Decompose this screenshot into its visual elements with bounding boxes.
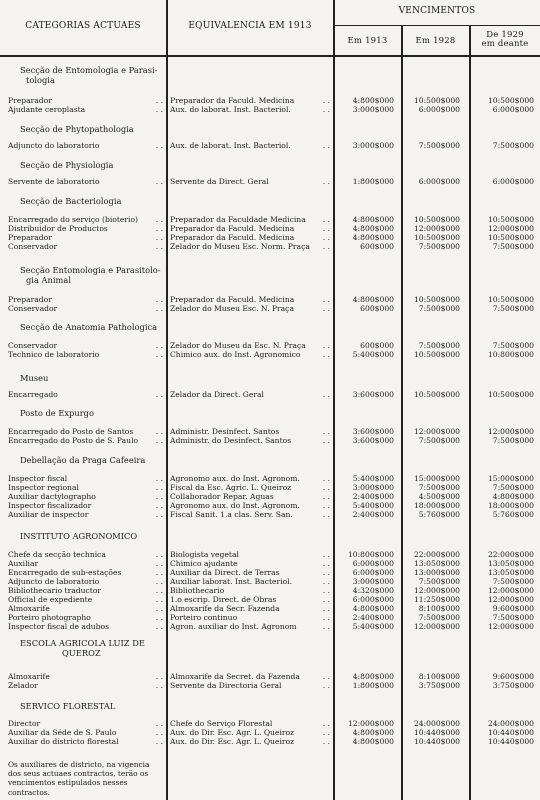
vencimento-1929-cell-text: 12:000$000 [488, 586, 534, 595]
leader-dots: . . [156, 141, 163, 151]
header-equivalencia: EQUIVALENCIA EM 1913 [167, 21, 333, 31]
vencimento-1913-cell-text: 12:000$000 [348, 719, 394, 728]
equivalencia-cell-text: Preparador da Faculd. Medicina [170, 233, 294, 242]
leader-dots: . . [323, 510, 330, 520]
header-de-1929: De 1929 em deante [470, 31, 540, 49]
equivalencia-cell-text: Aux. de laborat. Inst. Bacteriol. [170, 141, 291, 150]
categoria-cell-text: Adjuncto do laboratorio [8, 141, 99, 150]
table-row: Ajudante ceroplasta. .Aux. do laborat. I… [0, 105, 540, 115]
table-row: Encarregado. .Zelador da Direct. Geral. … [0, 390, 540, 400]
leader-dots: . . [323, 681, 330, 691]
section-heading: Secção de Physiologia [20, 160, 164, 170]
vencimento-1913-cell-text: 5:400$000 [353, 622, 394, 631]
leader-dots: . . [323, 350, 330, 360]
categoria-cell-text: Encarregado de sub-estações [8, 568, 121, 577]
equivalencia-cell-text: Almoxarife da Secr. Fazenda [170, 604, 280, 613]
vencimento-1928-cell-text: 10:500$000 [414, 215, 460, 224]
equivalencia-cell: Servente da Direct. Geral. . [170, 177, 330, 187]
leader-dots: . . [156, 510, 163, 520]
vencimento-1913-cell-text: 6:000$000 [353, 595, 394, 604]
vencimento-1913-cell-text: 3:000$000 [353, 105, 394, 114]
equivalencia-cell-text: Fiscal da Esc. Agric. L. Queiroz [170, 483, 291, 492]
vencimento-1913-cell-text: 3:000$000 [353, 483, 394, 492]
vencimento-1913-cell-text: 2:400$000 [353, 510, 394, 519]
section-heading: ESCOLA AGRICOLA LUIZ DEQUEROZ [20, 638, 164, 658]
vencimento-1928-cell: 6:000$000 [404, 105, 460, 115]
vencimento-1913-cell-text: 600$000 [360, 242, 394, 251]
equivalencia-cell: Aux. do laborat. Inst. Bacteriol.. . [170, 105, 330, 115]
section-heading-line: gia Animal [20, 275, 164, 285]
equivalencia-cell-text: Almoxarife da Secret. da Fazenda [170, 672, 300, 681]
leader-dots: . . [156, 304, 163, 314]
section-heading-line: Secção de Bacteriologia [20, 196, 164, 206]
vencimento-1929-cell: 6:000$000 [472, 177, 534, 187]
vencimento-1928-cell: 3:750$000 [404, 681, 460, 691]
categoria-cell: Conservador. . [8, 242, 163, 252]
categoria-cell-text: Director [8, 719, 40, 728]
vencimento-1928-cell-text: 10:500$000 [414, 390, 460, 399]
equivalencia-cell-text: Collaborador Repar. Aguas [170, 492, 274, 501]
table-row: Servente de laboratorio. .Servente da Di… [0, 177, 540, 187]
vencimento-1929-cell: 3:750$000 [472, 681, 534, 691]
table-row: Inspector fiscal de adubos. .Agron. auxi… [0, 622, 540, 632]
section-heading: INSTITUTO AGRONOMICO [20, 531, 164, 541]
vencimento-1929-cell-text: 7:500$000 [493, 613, 534, 622]
vencimento-1929-cell-text: 10:440$000 [488, 737, 534, 746]
vencimento-1928-cell: 5:760$000 [404, 510, 460, 520]
section-heading-line: Secção de Phytopathologia [20, 124, 164, 134]
equivalencia-cell: Servente da Directoria Geral. . [170, 681, 330, 691]
vencimento-1929-cell-text: 7:500$000 [493, 577, 534, 586]
vencimento-1928-cell: 7:500$000 [404, 304, 460, 314]
equivalencia-cell-text: Porteiro continuo [170, 613, 237, 622]
categoria-cell: Conservador. . [8, 304, 163, 314]
vencimento-1913-cell: 5:400$000 [336, 350, 394, 360]
vencimento-1928-cell-text: 13:000$000 [414, 568, 460, 577]
equivalencia-cell: Zelador da Direct. Geral. . [170, 390, 330, 400]
vencimento-1913-cell-text: 3:600$000 [353, 427, 394, 436]
vencimento-1928-cell-text: 7:500$000 [419, 577, 460, 586]
equivalencia-cell-text: Preparador da Faculd. Medicina [170, 295, 294, 304]
vencimento-1928-cell-text: 7:500$000 [419, 613, 460, 622]
vencimento-1928-cell: 10:440$000 [404, 737, 460, 747]
vencimento-1913-cell-text: 3:000$000 [353, 577, 394, 586]
vencimento-1913-cell-text: 3:000$000 [353, 141, 394, 150]
vencimento-1928-cell-text: 24:000$000 [414, 719, 460, 728]
categoria-cell-text: Almoxarife [8, 604, 50, 613]
categoria-cell-text: Ajudante ceroplasta [8, 105, 85, 114]
vencimento-1913-cell: 5:400$000 [336, 622, 394, 632]
vencimento-1913-cell-text: 4:800$000 [353, 672, 394, 681]
section-heading: Secção de Entomologia e Parasi-tologia [20, 65, 164, 85]
vencimento-1913-cell-text: 3:600$000 [353, 436, 394, 445]
header-categorias: CATEGORIAS ACTUAES [0, 21, 166, 31]
vencimento-1929-cell-text: 5:760$000 [493, 510, 534, 519]
vencimento-1928-cell: 12:000$000 [404, 622, 460, 632]
vencimento-1913-cell-text: 4:800$000 [353, 233, 394, 242]
vencimento-1929-cell-text: 12:000$000 [488, 595, 534, 604]
categoria-cell: Ajudante ceroplasta. . [8, 105, 163, 115]
leader-dots: . . [323, 105, 330, 115]
vencimento-1913-cell-text: 4:800$000 [353, 96, 394, 105]
header-de-1929-line2: em deante [470, 40, 540, 49]
vencimento-1929-cell-text: 10:500$000 [488, 390, 534, 399]
categoria-cell: Technico de laboratorio. . [8, 350, 163, 360]
leader-dots: . . [156, 390, 163, 400]
categoria-cell-text: Encarregado do Posto de Santos [8, 427, 133, 436]
categoria-cell-text: Encarregado do serviço (bioterio) [8, 215, 138, 224]
leader-dots: . . [323, 141, 330, 151]
equivalencia-cell-text: Zelador do Museu Esc. N. Praça [170, 304, 294, 313]
categoria-cell-text: Technico de laboratorio [8, 350, 99, 359]
section-heading: Debellação da Praga Cafeeira [20, 455, 164, 465]
vencimento-1929-cell-text: 10:440$000 [488, 728, 534, 737]
vencimento-1929-cell: 12:000$000 [472, 622, 534, 632]
vencimento-1929-cell: 7:500$000 [472, 436, 534, 446]
categoria-cell-text: Inspector fiscal de adubos [8, 622, 109, 631]
equivalencia-cell: Agron. auxiliar do Inst. Agronom. . [170, 622, 330, 632]
section-heading-line: Debellação da Praga Cafeeira [20, 455, 164, 465]
vencimento-1929-cell: 10:800$000 [472, 350, 534, 360]
vencimento-1913-cell-text: 1:800$000 [353, 681, 394, 690]
vencimento-1929-cell: 7:500$000 [472, 242, 534, 252]
leader-dots: . . [323, 304, 330, 314]
leader-dots: . . [323, 390, 330, 400]
vencimento-1929-cell-text: 7:500$000 [493, 242, 534, 251]
table-row: Encarregado do Posto de S. Paulo. .Admin… [0, 436, 540, 446]
categoria-cell-text: Inspector fiscal [8, 474, 67, 483]
vencimento-1913-cell: 4:800$000 [336, 737, 394, 747]
equivalencia-cell-text: Aux. do Dir. Esc. Agr. L. Queiroz [170, 728, 294, 737]
table-row: Conservador. .Zelador do Museu Esc. Norm… [0, 242, 540, 252]
vencimento-1929-cell-text: 22:000$000 [488, 550, 534, 559]
equivalencia-cell-text: Agronomo aux. do Inst. Agronom. [170, 474, 300, 483]
categoria-cell-text: Zelador [8, 681, 38, 690]
vencimento-1928-cell-text: 3:750$000 [419, 681, 460, 690]
vencimento-1929-cell: 10:500$000 [472, 390, 534, 400]
vencimento-1913-cell: 3:600$000 [336, 390, 394, 400]
table-row: Technico de laboratorio. .Chimico aux. d… [0, 350, 540, 360]
equivalencia-cell: Zelador do Museu Esc. Norm. Praça. . [170, 242, 330, 252]
vencimento-1913-cell: 3:600$000 [336, 436, 394, 446]
vencimento-1913-cell-text: 4:800$000 [353, 737, 394, 746]
section-heading-line: tologia [20, 75, 164, 85]
equivalencia-cell-text: Preparador da Faculdade Medicina [170, 215, 306, 224]
leader-dots: . . [156, 177, 163, 187]
vencimento-1929-cell: 10:440$000 [472, 737, 534, 747]
vencimento-1928-cell-text: 22:000$000 [414, 550, 460, 559]
vencimento-1913-cell-text: 10:800$000 [348, 550, 394, 559]
section-heading: Museu [20, 373, 164, 383]
vencimento-1929-cell-text: 7:500$000 [493, 141, 534, 150]
leader-dots: . . [156, 436, 163, 446]
vencimento-1928-cell-text: 7:500$000 [419, 436, 460, 445]
section-heading-line: ESCOLA AGRICOLA LUIZ DE [20, 638, 164, 648]
vencimento-1913-cell: 3:000$000 [336, 105, 394, 115]
leader-dots: . . [156, 737, 163, 747]
categoria-cell-text: Chefe da secção technica [8, 550, 106, 559]
vencimento-1913-cell-text: 1:800$000 [353, 177, 394, 186]
categoria-cell-text: Distribuidor de Productos [8, 224, 108, 233]
equivalencia-cell-text: Chimico ajudante [170, 559, 238, 568]
vencimento-1929-cell: 6:000$000 [472, 105, 534, 115]
categoria-cell-text: Porteiro photographo [8, 613, 91, 622]
vencimento-1913-cell-text: 2:400$000 [353, 492, 394, 501]
vencimento-1929-cell-text: 15:000$000 [488, 474, 534, 483]
equivalencia-cell: Zelador do Museu Esc. N. Praça. . [170, 304, 330, 314]
categoria-cell-text: Servente de laboratorio [8, 177, 100, 186]
section-heading: Secção de Phytopathologia [20, 124, 164, 134]
categoria-cell-text: Almoxarife [8, 672, 50, 681]
categoria-cell-text: Encarregado [8, 390, 58, 399]
vencimento-1929-cell-text: 12:000$000 [488, 622, 534, 631]
leader-dots: . . [156, 350, 163, 360]
vencimento-1928-cell-text: 18:000$000 [414, 501, 460, 510]
vencimento-1928-cell: 7:500$000 [404, 436, 460, 446]
vencimento-1929-cell-text: 24:000$000 [488, 719, 534, 728]
vencimento-1913-cell: 1:800$000 [336, 177, 394, 187]
vencimento-1928-cell: 7:500$000 [404, 242, 460, 252]
vencimento-1928-cell: 10:500$000 [404, 350, 460, 360]
vencimento-1929-cell-text: 9:600$000 [493, 672, 534, 681]
vencimento-1928-cell-text: 7:500$000 [419, 341, 460, 350]
vencimento-1928-cell-text: 6:000$000 [419, 177, 460, 186]
vencimento-1928-cell-text: 7:500$000 [419, 304, 460, 313]
equivalencia-cell-text: Agron. auxiliar do Inst. Agronom [170, 622, 297, 631]
section-heading-line: Secção de Physiologia [20, 160, 164, 170]
equivalencia-cell: Aux. do Dir. Esc. Agr. L. Queiroz. . [170, 737, 330, 747]
vencimento-1929-cell-text: 10:800$000 [488, 350, 534, 359]
categoria-cell: Servente de laboratorio. . [8, 177, 163, 187]
section-heading-line: Secção de Entomologia e Parasi- [20, 65, 164, 75]
section-heading: Secção de Anatomia Pathologica [20, 322, 164, 332]
categoria-cell-text: Official de expediente [8, 595, 92, 604]
leader-dots: . . [156, 622, 163, 632]
equivalencia-cell-text: Zelador do Museu da Esc. N. Praça [170, 341, 306, 350]
vencimento-1928-cell-text: 8:100$000 [419, 604, 460, 613]
vencimento-1913-cell: 600$000 [336, 304, 394, 314]
equivalencia-cell-text: Agronomo aux. do Inst. Agronom. [170, 501, 300, 510]
categoria-cell: Encarregado do Posto de S. Paulo. . [8, 436, 163, 446]
categoria-cell-text: Conservador [8, 341, 57, 350]
vencimento-1913-cell-text: 600$000 [360, 304, 394, 313]
section-heading-line: Museu [20, 373, 164, 383]
vencimento-1928-cell-text: 10:500$000 [414, 233, 460, 242]
vencimento-1928-cell-text: 12:000$000 [414, 224, 460, 233]
vencimento-1929-cell-text: 10:500$000 [488, 215, 534, 224]
vencimento-1913-cell: 3:000$000 [336, 141, 394, 151]
leader-dots: . . [323, 242, 330, 252]
categoria-cell-text: Encarregado do Posto de S. Paulo [8, 436, 138, 445]
categoria-cell-text: Conservador [8, 242, 57, 251]
header-bottom-rule [0, 55, 540, 57]
vencimento-1913-cell: 1:800$000 [336, 681, 394, 691]
vencimento-1929-cell-text: 7:500$000 [493, 341, 534, 350]
equivalencia-cell-text: Zelador da Direct. Geral [170, 390, 264, 399]
vencimento-1913-cell-text: 4:800$000 [353, 728, 394, 737]
equivalencia-cell: Chimico aux. do Inst. Agronomico. . [170, 350, 330, 360]
vencimento-1928-cell: 10:500$000 [404, 390, 460, 400]
categoria-cell-text: Auxiliar da Séde de S. Paulo [8, 728, 117, 737]
equivalencia-cell: Fiscal Sanit. 1.a clas. Serv. San.. . [170, 510, 330, 520]
categoria-cell: Auxiliar de inspector. . [8, 510, 163, 520]
vencimento-1913-cell-text: 4:800$000 [353, 604, 394, 613]
section-heading: SERVICO FLORESTAL [20, 701, 164, 711]
vencimento-1913-cell: 2:400$000 [336, 510, 394, 520]
vencimento-1913-cell-text: 5:400$000 [353, 350, 394, 359]
vencimento-1929-cell-text: 10:500$000 [488, 96, 534, 105]
categoria-cell-text: Auxiliar de inspector [8, 510, 88, 519]
section-heading-line: Secção de Anatomia Pathologica [20, 322, 164, 332]
vencimento-1929-cell-text: 13:050$000 [488, 559, 534, 568]
vencimento-1929-cell: 5:760$000 [472, 510, 534, 520]
vencimento-1928-cell-text: 7:500$000 [419, 141, 460, 150]
equivalencia-cell-text: Fiscal Sanit. 1.a clas. Serv. San. [170, 510, 293, 519]
equivalencia-cell-text: Administr. Desinfect. Santos [170, 427, 279, 436]
table-row: Auxiliar do districto florestal. .Aux. d… [0, 737, 540, 747]
leader-dots: . . [323, 177, 330, 187]
categoria-cell-text: Preparador [8, 233, 52, 242]
equivalencia-cell-text: Administr. do Desinfect. Santos [170, 436, 291, 445]
table-row: Auxiliar de inspector. .Fiscal Sanit. 1.… [0, 510, 540, 520]
vencimento-1928-cell-text: 11:250$000 [414, 595, 460, 604]
vencimento-1929-cell-text: 4:800$000 [493, 492, 534, 501]
vencimento-1928-cell-text: 8:100$000 [419, 672, 460, 681]
leader-dots: . . [156, 242, 163, 252]
equivalencia-cell-text: Biologista vegetal [170, 550, 239, 559]
section-heading-line: Secção Entomologia e Parasitolo- [20, 265, 164, 275]
section-heading-line: SERVICO FLORESTAL [20, 701, 164, 711]
vencimento-1928-cell-text: 10:440$000 [414, 728, 460, 737]
equivalencia-cell-text: Aux. do laborat. Inst. Bacteriol. [170, 105, 291, 114]
equivalencia-cell-text: Servente da Directoria Geral [170, 681, 281, 690]
vencimento-1913-cell-text: 4:800$000 [353, 295, 394, 304]
equivalencia-cell-text: Aux. do Dir. Esc. Agr. L. Queiroz [170, 737, 294, 746]
equivalencia-cell-text: Chefe do Serviço Florestal [170, 719, 272, 728]
vencimento-1929-cell-text: 12:000$000 [488, 427, 534, 436]
vencimento-1929-cell: 7:500$000 [472, 141, 534, 151]
table-row: Adjuncto do laboratorio. .Aux. de labora… [0, 141, 540, 151]
vencimento-1928-cell-text: 7:500$000 [419, 483, 460, 492]
vencimento-1928-cell-text: 10:440$000 [414, 737, 460, 746]
categoria-cell-text: Preparador [8, 96, 52, 105]
categoria-cell-text: Inspector regional [8, 483, 79, 492]
header-vencimentos: VENCIMENTOS [334, 6, 540, 16]
header-subrule [334, 25, 540, 26]
categoria-cell: Zelador. . [8, 681, 163, 691]
section-heading-line: INSTITUTO AGRONOMICO [20, 531, 164, 541]
table-row: Conservador. .Zelador do Museu Esc. N. P… [0, 304, 540, 314]
equivalencia-cell: Aux. de laborat. Inst. Bacteriol.. . [170, 141, 330, 151]
table-row: Zelador. .Servente da Directoria Geral. … [0, 681, 540, 691]
section-heading-line: QUEROZ [20, 648, 164, 658]
equivalencia-cell-text: Auxiliar laborat. Inst. Bacteriol. [170, 577, 292, 586]
section-heading: Posto de Expurgo [20, 408, 164, 418]
vencimento-1928-cell-text: 10:500$000 [414, 295, 460, 304]
vencimento-1929-cell-text: 13:050$000 [488, 568, 534, 577]
vencimento-1928-cell-text: 15:000$000 [414, 474, 460, 483]
vencimento-1929-cell-text: 7:500$000 [493, 483, 534, 492]
categoria-cell: Auxiliar do districto florestal. . [8, 737, 163, 747]
categoria-cell-text: Inspector fiscalizador [8, 501, 91, 510]
equivalencia-cell-text: Bibliothecario [170, 586, 224, 595]
vencimento-1929-cell-text: 12:000$000 [488, 224, 534, 233]
vencimento-1913-cell-text: 4:800$000 [353, 224, 394, 233]
vencimento-1928-cell-text: 12:000$000 [414, 622, 460, 631]
leader-dots: . . [323, 622, 330, 632]
vencimento-1928-cell-text: 12:000$000 [414, 586, 460, 595]
vencimento-1913-cell: 600$000 [336, 242, 394, 252]
categoria-cell: Inspector fiscal de adubos. . [8, 622, 163, 632]
equivalencia-cell-text: Zelador do Museu Esc. Norm. Praça [170, 242, 310, 251]
vencimento-1929-cell-text: 7:500$000 [493, 436, 534, 445]
vencimento-1928-cell-text: 10:500$000 [414, 350, 460, 359]
vencimento-1929-cell-text: 6:000$000 [493, 105, 534, 114]
vencimento-1913-cell-text: 4:800$000 [353, 215, 394, 224]
header-em-1928: Em 1928 [402, 37, 469, 46]
categoria-cell-text: Bibliothecario traductor [8, 586, 101, 595]
vencimento-1913-cell-text: 4:320$000 [353, 586, 394, 595]
categoria-cell-text: Auxiliar dactylographo [8, 492, 96, 501]
vencimento-1913-cell-text: 600$000 [360, 341, 394, 350]
vencimento-1928-cell: 7:500$000 [404, 141, 460, 151]
vencimento-1928-cell-text: 10:500$000 [414, 96, 460, 105]
equivalencia-cell: Administr. do Desinfect. Santos. . [170, 436, 330, 446]
vencimento-1928-cell-text: 6:000$000 [419, 105, 460, 114]
vencimento-1929-cell-text: 10:500$000 [488, 233, 534, 242]
vencimento-1913-cell-text: 2:400$000 [353, 613, 394, 622]
vencimento-1929-cell-text: 18:000$000 [488, 501, 534, 510]
vencimento-1928-cell: 6:000$000 [404, 177, 460, 187]
vencimento-1913-cell-text: 3:600$000 [353, 390, 394, 399]
vencimento-1928-cell-text: 12:000$000 [414, 427, 460, 436]
categoria-cell: Encarregado. . [8, 390, 163, 400]
equivalencia-cell-text: Auxiliar da Direct. de Terras [170, 568, 280, 577]
equivalencia-cell-text: Preparador da Faculd. Medicina [170, 96, 294, 105]
leader-dots: . . [156, 681, 163, 691]
vencimento-1928-cell-text: 13:050$000 [414, 559, 460, 568]
categoria-cell-text: Preparador [8, 295, 52, 304]
vencimento-1913-cell-text: 5:400$000 [353, 501, 394, 510]
vencimento-1929-cell-text: 9:600$000 [493, 604, 534, 613]
vencimento-1929-cell-text: 10:500$000 [488, 295, 534, 304]
categoria-cell-text: Adjuncto de laboratorio [8, 577, 99, 586]
equivalencia-cell-text: Servente da Direct. Geral [170, 177, 269, 186]
categoria-cell-text: Auxiliar [8, 559, 38, 568]
vencimento-1913-cell-text: 6:000$000 [353, 559, 394, 568]
vencimento-1929-cell-text: 6:000$000 [493, 177, 534, 186]
leader-dots: . . [323, 737, 330, 747]
equivalencia-cell-text: Chimico aux. do Inst. Agronomico [170, 350, 301, 359]
header-em-1913: Em 1913 [334, 37, 401, 46]
categoria-cell: Adjuncto do laboratorio. . [8, 141, 163, 151]
document-page: CATEGORIAS ACTUAES EQUIVALENCIA EM 1913 … [0, 0, 540, 800]
section-heading: Secção de Bacteriologia [20, 196, 164, 206]
leader-dots: . . [156, 105, 163, 115]
section-heading-line: Posto de Expurgo [20, 408, 164, 418]
section-heading: Secção Entomologia e Parasitolo-gia Anim… [20, 265, 164, 285]
categoria-cell-text: Conservador [8, 304, 57, 313]
vencimento-1929-cell-text: 3:750$000 [493, 681, 534, 690]
equivalencia-cell-text: 1.o escrip. Direct. de Obras [170, 595, 276, 604]
leader-dots: . . [323, 436, 330, 446]
categoria-cell-text: Auxiliar do districto florestal [8, 737, 119, 746]
vencimento-1929-cell: 7:500$000 [472, 304, 534, 314]
vencimento-1928-cell-text: 7:500$000 [419, 242, 460, 251]
vencimento-1928-cell-text: 4:500$000 [419, 492, 460, 501]
vencimento-1928-cell-text: 5:760$000 [419, 510, 460, 519]
vencimento-1913-cell-text: 5:400$000 [353, 474, 394, 483]
